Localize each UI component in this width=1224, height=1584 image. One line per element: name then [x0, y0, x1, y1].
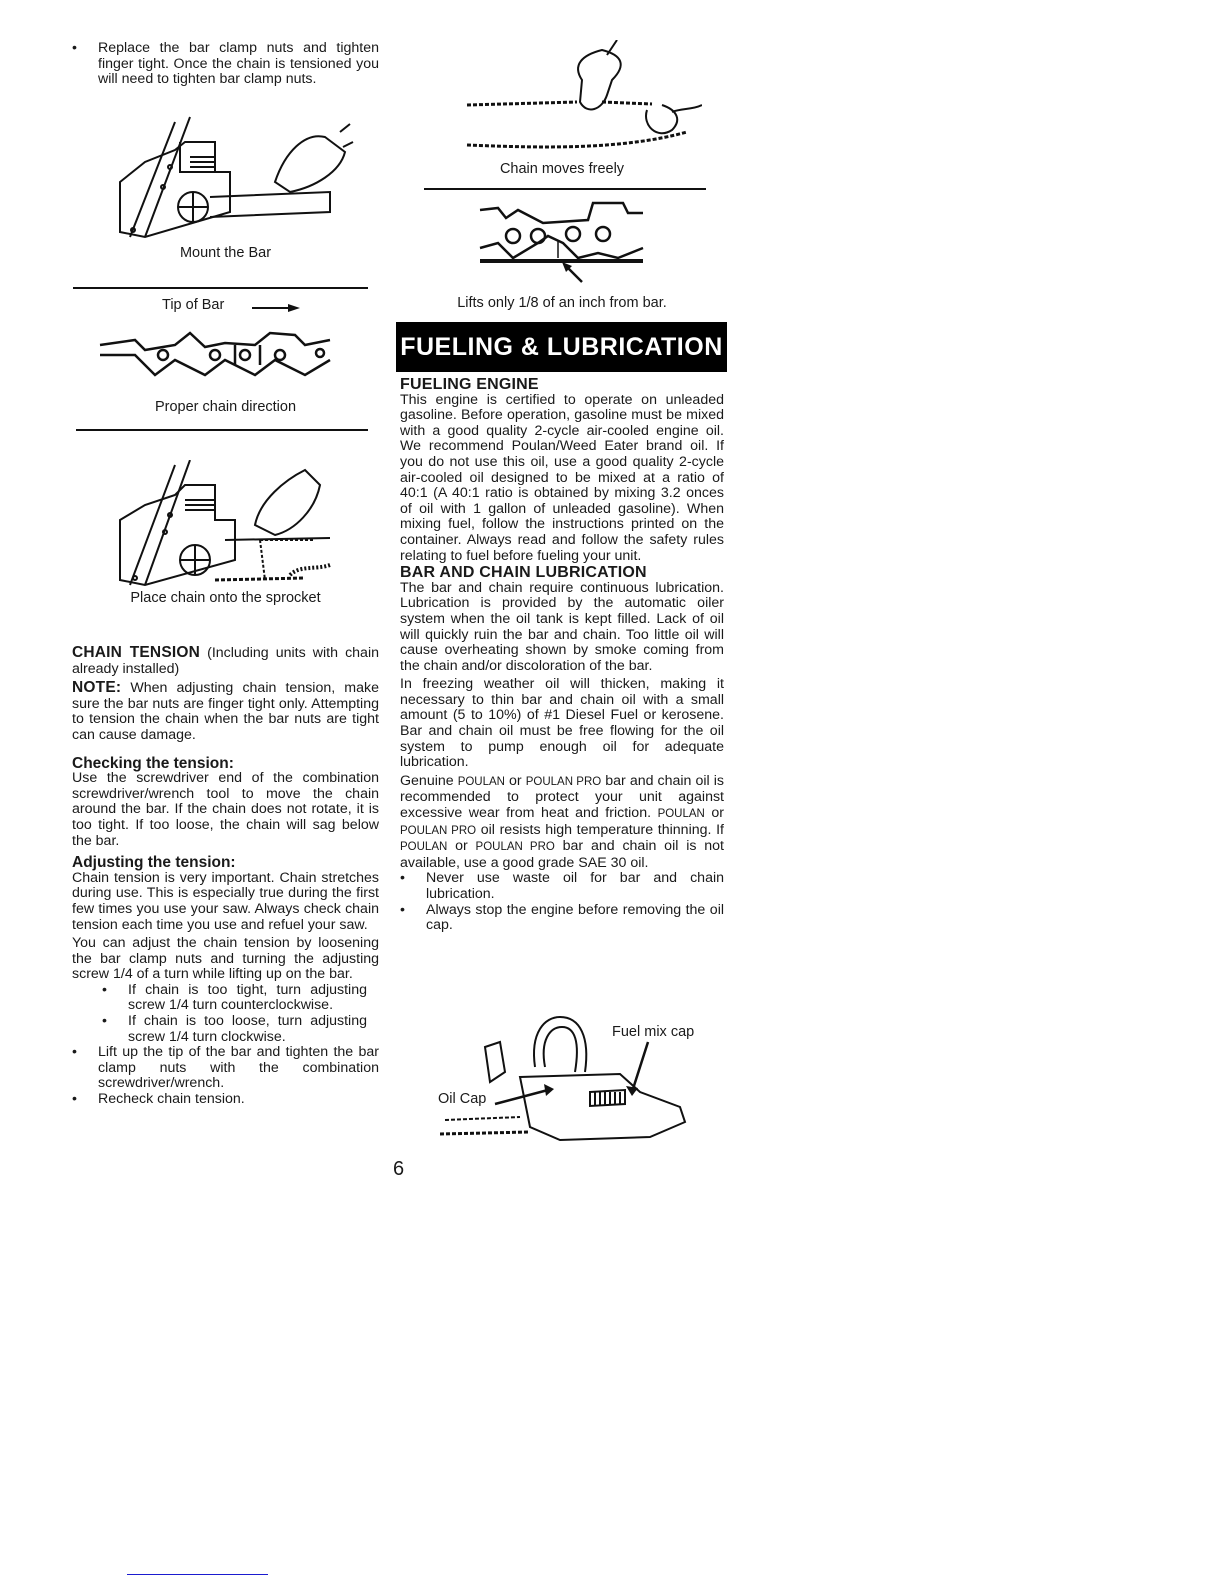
chain-tension-section: CHAIN TENSION (Including units with chai…	[72, 645, 379, 1108]
page-number: 6	[393, 1158, 404, 1181]
brand-poulan-pro: POULAN PRO	[476, 841, 555, 853]
bullet-lift-tip: Lift up the tip of the bar and tighten t…	[72, 1045, 379, 1092]
adjusting-para1: Chain tension is very important. Chain s…	[72, 871, 379, 933]
chain-moves-freely-illustration	[462, 40, 702, 160]
bar-chain-lubrication-heading: BAR AND CHAIN LUBRICATION	[400, 565, 724, 581]
intro-bullet: Replace the bar clamp nuts and tighten f…	[72, 41, 379, 88]
fueling-section: FUELING ENGINE This engine is certified …	[400, 377, 724, 934]
bullet-recheck: Recheck chain tension.	[72, 1092, 379, 1108]
lubrication-para3: Genuine POULAN or POULAN PRO bar and cha…	[400, 774, 724, 872]
bullet-replace-nuts: Replace the bar clamp nuts and tighten f…	[72, 41, 379, 88]
note-label: NOTE:	[72, 679, 121, 696]
brand-poulan-pro: POULAN PRO	[400, 825, 476, 837]
divider	[424, 188, 706, 190]
fuel-mix-cap-label: Fuel mix cap	[612, 1025, 694, 1041]
oil-cap-label: Oil Cap	[438, 1092, 486, 1108]
chain-tension-heading: CHAIN TENSION	[72, 644, 200, 661]
figure-caption-chain-lift: Lifts only 1/8 of an inch from bar.	[400, 296, 724, 312]
divider	[73, 287, 368, 289]
arrow-right-icon	[252, 303, 302, 313]
brand-poulan: POULAN	[658, 808, 705, 820]
sub-bullet-too-loose: If chain is too loose, turn adjusting sc…	[72, 1014, 379, 1045]
bullet-stop-engine: Always stop the engine before removing t…	[400, 903, 724, 934]
figure-caption-mount-bar: Mount the Bar	[72, 246, 379, 262]
brand-poulan: POULAN	[400, 841, 447, 853]
adjusting-para2: You can adjust the chain tension by loos…	[72, 936, 379, 983]
brand-poulan-pro: POULAN PRO	[526, 776, 602, 788]
tip-of-bar-label: Tip of Bar	[162, 298, 224, 314]
adjusting-heading: Adjusting the tension:	[72, 855, 379, 871]
mount-bar-illustration	[115, 112, 355, 242]
figure-caption-chain-moves: Chain moves freely	[400, 162, 724, 178]
divider	[76, 429, 368, 431]
checking-heading: Checking the tension:	[72, 756, 379, 772]
place-chain-illustration	[115, 460, 335, 590]
lubrication-para2: In freezing weather oil will thicken, ma…	[400, 677, 724, 771]
figure-caption-place-chain: Place chain onto the sprocket	[72, 591, 379, 607]
note-paragraph: NOTE: When adjusting chain tension, make…	[72, 680, 379, 743]
footer-link-underline[interactable]	[127, 1574, 268, 1575]
fueling-engine-text: This engine is certified to operate on u…	[400, 393, 724, 565]
chain-lift-illustration	[478, 198, 648, 290]
chain-direction-illustration	[95, 325, 340, 385]
bullet-waste-oil: Never use waste oil for bar and chain lu…	[400, 871, 724, 902]
section-banner: FUELING & LUBRICATION	[396, 322, 727, 372]
chain-tension-heading-line: CHAIN TENSION (Including units with chai…	[72, 645, 379, 677]
fueling-engine-heading: FUELING ENGINE	[400, 377, 724, 393]
figure-caption-chain-direction: Proper chain direction	[72, 400, 379, 416]
checking-text: Use the screwdriver end of the combinati…	[72, 771, 379, 849]
lubrication-para1: The bar and chain require continuous lub…	[400, 581, 724, 675]
sub-bullet-too-tight: If chain is too tight, turn adjusting sc…	[72, 983, 379, 1014]
brand-poulan: POULAN	[458, 776, 505, 788]
